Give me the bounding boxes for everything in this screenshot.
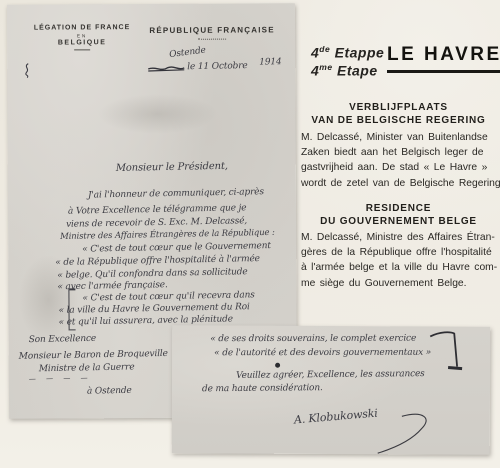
stage-label-dutch: 4de Etappe [311, 44, 384, 61]
dutch-paragraph-line: gastvrijheid aan. De stad « Le Havre » [301, 160, 500, 175]
french-heading-line1: RESIDENCE [300, 202, 497, 215]
letter-body-line: Ministre des Affaires Étrangères de la R… [60, 228, 275, 242]
stage-ordinal: de [319, 44, 330, 54]
dutch-paragraph-line: wordt de zetel van de Belgische Regering… [301, 176, 500, 191]
stage-label-french: 4me Etape [311, 62, 378, 79]
stage-word: Etape [337, 63, 378, 79]
date-place: Ostende [169, 46, 207, 61]
letter-body-line: à Votre Excellence le télégramme que je [68, 203, 247, 216]
dutch-heading-line2: VAN DE BELGISCHE REGERING [300, 114, 497, 127]
french-heading: RESIDENCE DU GOUVERNEMENT BELGE [300, 202, 497, 228]
letterhead-rule-dotted [198, 38, 226, 40]
dutch-paragraph-line: M. Delcassé, Minister van Buitenlandse [301, 130, 500, 145]
letter-body-line: « belge. Qu'il confondra dans sa sollici… [57, 267, 247, 281]
letterhead-republique: RÉPUBLIQUE FRANÇAISE [137, 25, 287, 40]
french-paragraph-line: gères de la République offre l'hospitali… [301, 245, 500, 260]
address-line: Monsieur le Baron de Broqueville [19, 349, 168, 362]
letterhead-line3: BELGIQUE [27, 39, 137, 47]
french-heading-line2: DU GOUVERNEMENT BELGE [300, 215, 497, 228]
quote-bracket-left [68, 288, 75, 330]
city-title: LE HAVRE [387, 44, 500, 73]
dutch-paragraph: M. Delcassé, Minister van Buitenlandse Z… [301, 130, 500, 191]
letter-body-line: J'ai l'honneur de communiquer, ci-après [88, 187, 264, 200]
address-dashes: — — — — [29, 374, 92, 383]
stage-word: Etappe [335, 45, 385, 61]
letterhead-rule [74, 49, 90, 50]
fragment-document: « de ses droits souverains, le complet e… [172, 325, 491, 454]
letter-body-line: viens de recevoir de S. Exc. M. Delcassé… [66, 216, 247, 229]
french-paragraph-line: à l'armée belge et la ville du Havre com… [301, 260, 500, 275]
dutch-paragraph-line: Zaken biedt aan het Belgisch leger de [301, 145, 500, 160]
stage-ordinal: me [319, 62, 332, 72]
salutation: Monsieur le Président, [116, 161, 228, 174]
french-paragraph-line: me siège du Gouvernement Belge. [301, 276, 500, 291]
book-page: { "colors": { "page_background": "#ede9e… [0, 0, 500, 468]
dutch-heading-line1: VERBLIJFPLAATS [300, 101, 497, 114]
address-place: à Ostende [87, 386, 132, 397]
dutch-heading: VERBLIJFPLAATS VAN DE BELGISCHE REGERING [300, 101, 497, 127]
address-line: Ministre de la Guerre [39, 362, 135, 374]
letterhead-legation: LÉGATION DE FRANCE EN BELGIQUE [27, 24, 137, 51]
letterhead-line1: LÉGATION DE FRANCE [27, 24, 137, 32]
letter-body-line: « C'est de tout cœur que le Gouvernement [82, 241, 271, 255]
signature-flourish [172, 325, 491, 454]
letterhead-line2: EN [27, 33, 137, 39]
letterhead-republique-label: RÉPUBLIQUE FRANÇAISE [149, 25, 274, 35]
ink-mark [21, 63, 33, 79]
date-year: 1914 [259, 57, 282, 67]
french-paragraph-line: M. Delcassé, Ministre des Affaires Étran… [301, 230, 500, 245]
date-text: le 11 Octobre [187, 61, 247, 72]
struck-word-mark [147, 64, 185, 74]
letter-body-line: « de la République offre l'hospitalité à… [55, 254, 260, 268]
address-line: Son Excellence [29, 334, 97, 345]
paper-smudge [97, 94, 217, 135]
french-paragraph: M. Delcassé, Ministre des Affaires Étran… [301, 230, 500, 291]
